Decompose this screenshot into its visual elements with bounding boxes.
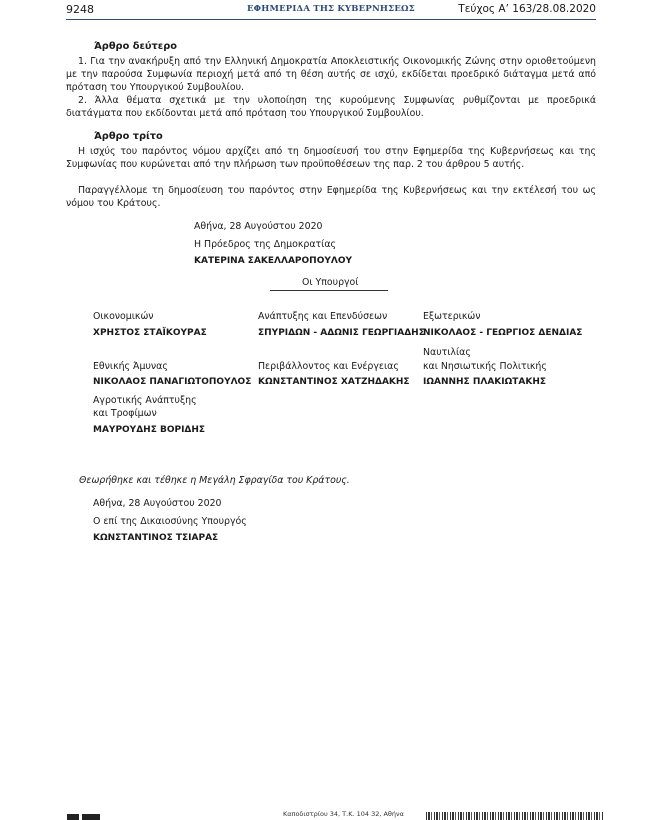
minister-name: ΙΩΑΝΝΗΣ ΠΛΑΚΙΩΤΑΚΗΣ [423,376,546,389]
ministers-label: Οι Υπουργοί [302,276,358,289]
minister-name: ΜΑΥΡΟΥΔΗΣ ΒΟΡΙΔΗΣ [93,424,205,437]
article-3-heading: Άρθρο τρίτο [94,130,163,143]
minister-ministry: Ανάπτυξης και Επενδύσεων [258,310,387,323]
minister-ministry: Εξωτερικών [423,310,480,323]
barcode [426,812,604,820]
minister-name: ΧΡΗΣΤΟΣ ΣΤΑΪΚΟΥΡΑΣ [93,327,207,340]
seal-statement: Θεωρήθηκε και τέθηκε η Μεγάλη Σφραγίδα τ… [79,474,350,487]
article-2-heading: Άρθρο δεύτερο [94,40,177,53]
ministers-divider [270,290,388,291]
minister-ministry: Εθνικής Άμυνας [93,360,168,373]
page-number: 9248 [66,3,94,16]
minister-ministry: και Νησιωτικής Πολιτικής [423,360,547,373]
signature-place-date: Αθήνα, 28 Αυγούστου 2020 [194,220,323,233]
minister-ministry: Περιβάλλοντος και Ενέργειας [258,360,399,373]
president-name: ΚΑΤΕΡΙΝΑ ΣΑΚΕΛΛΑΡΟΠΟΥΛΟΥ [194,255,352,268]
footer-logo-block [67,814,79,820]
article-2-paragraph-2: 2. Άλλα θέματα σχετικά με την υλοποίηση … [66,94,596,120]
justice-minister-title: Ο επί της Δικαιοσύνης Υπουργός [93,515,247,528]
minister-name: ΚΩΝΣΤΑΝΤΙΝΟΣ ΧΑΤΖΗΔΑΚΗΣ [258,376,410,389]
minister-ministry: και Τροφίμων [93,407,157,420]
president-title: Η Πρόεδρος της Δημοκρατίας [194,238,336,251]
minister-name: ΝΙΚΟΛΑΟΣ - ΓΕΩΡΓΙΟΣ ΔΕΝΔΙΑΣ [423,327,582,340]
article-2-paragraph-1: 1. Για την ανακήρυξη από την Ελληνική Δη… [66,55,596,94]
justice-minister-name: ΚΩΝΣΤΑΝΤΙΝΟΣ ΤΣΙΑΡΑΣ [93,532,218,545]
minister-name: ΝΙΚΟΛΑΟΣ ΠΑΝΑΓΙΩΤΟΠΟΥΛΟΣ [93,376,251,389]
minister-ministry: Ναυτιλίας [423,346,471,359]
seal-place-date: Αθήνα, 28 Αυγούστου 2020 [93,497,222,510]
issue-number: Τεύχος Α’ 163/28.08.2020 [458,3,596,15]
minister-ministry: Οικονομικών [93,310,154,323]
gazette-title: ΕΦΗΜΕΡΙΔΑ ΤΗΣ ΚΥΒΕΡΝΗΣΕΩΣ [206,4,456,14]
article-3-paragraph: Η ισχύς του παρόντος νόμου αρχίζει από τ… [66,145,596,171]
page-header: 9248 ΕΦΗΜΕΡΙΔΑ ΤΗΣ ΚΥΒΕΡΝΗΣΕΩΣ Τεύχος Α’… [66,3,596,20]
minister-name: ΣΠΥΡΙΔΩΝ - ΑΔΩΝΙΣ ΓΕΩΡΓΙΑΔΗΣ [258,327,425,340]
footer-logo-block [82,814,100,820]
promulgation-text: Παραγγέλλομε τη δημοσίευση του παρόντος … [66,184,596,210]
footer-address: Καποδιστρίου 34, Τ.Κ. 104 32, Αθήνα [283,810,404,818]
minister-ministry: Αγροτικής Ανάπτυξης [93,394,197,407]
